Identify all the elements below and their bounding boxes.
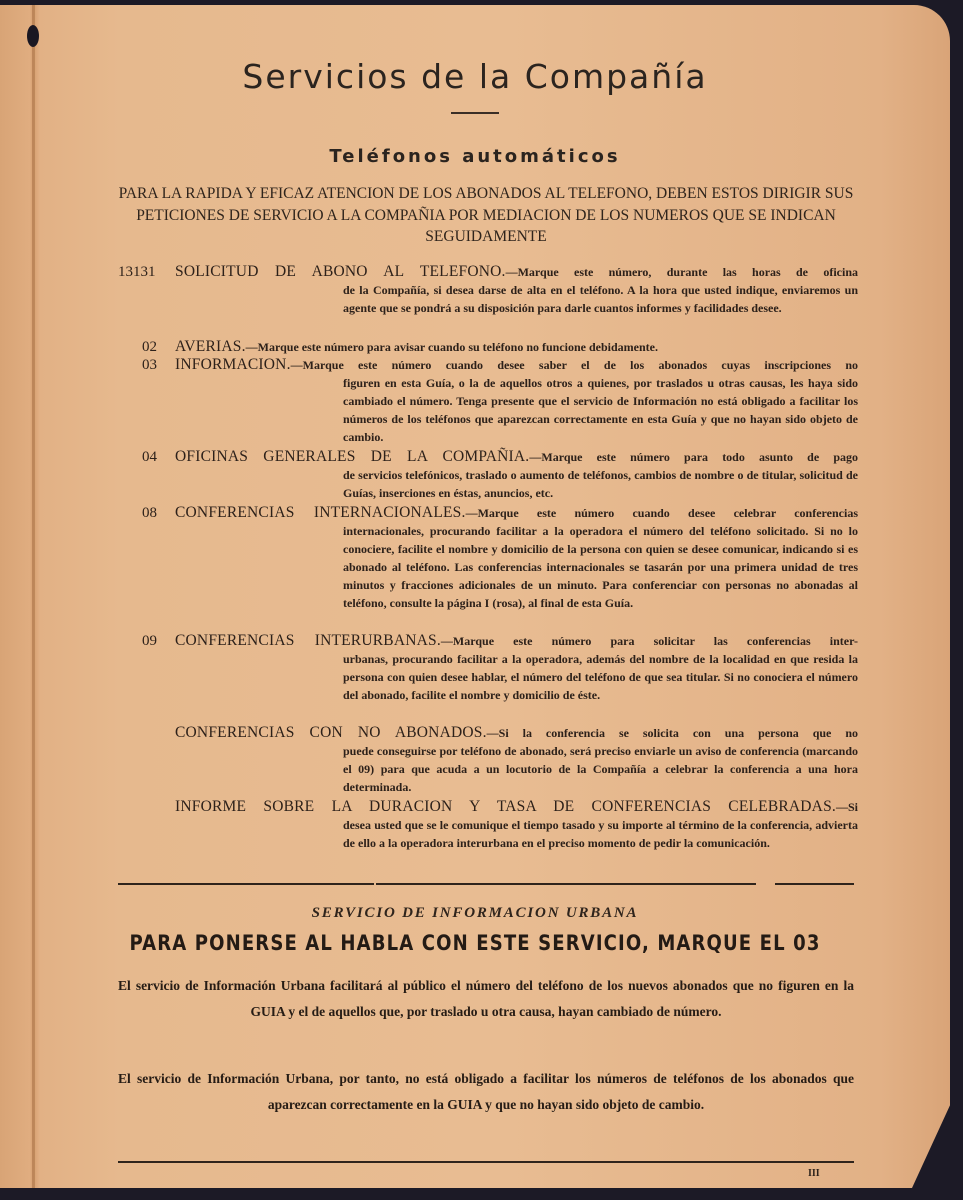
service-entry: 04 OFICINAS GENERALES DE LA COMPAÑIA.—Ma… [118,448,858,504]
service-number: 09 [142,632,157,650]
urban-info-paragraph: El servicio de Información Urbana facili… [118,973,854,1025]
service-entry: 02 AVERIAS.—Marque este número para avis… [118,338,858,356]
service-description-start: —Marque este número para solicitar las c… [441,634,858,648]
service-heading: OFICINAS GENERALES DE LA COMPAÑIA. [175,448,529,465]
service-entry-first-line: OFICINAS GENERALES DE LA COMPAÑIA.—Marqu… [118,448,858,466]
service-description: internacionales, procurando facilitar a … [118,522,858,612]
urban-info-paragraph: El servicio de Información Urbana, por t… [118,1066,854,1118]
service-number: 04 [142,448,157,466]
service-description: de la Compañía, si desea darse de alta e… [118,281,858,317]
service-entry-first-line: CONFERENCIAS CON NO ABONADOS.—Si la conf… [118,724,858,742]
service-entry: 08 CONFERENCIAS INTERNACIONALES.—Marque … [118,504,858,632]
document-page: Servicios de la Compañía Teléfonos autom… [0,5,950,1188]
service-description: puede conseguirse por teléfono de abonad… [118,742,858,796]
section-divider [775,883,854,885]
service-description: de servicios telefónicos, traslado o aum… [118,466,858,502]
service-number: 08 [142,504,157,522]
service-description-start: —Si la conferencia se solicita con una p… [487,726,858,740]
service-heading: INFORMACION. [175,356,291,373]
section-divider [376,883,756,885]
service-entry-first-line: AVERIAS.—Marque este número para avisar … [118,338,858,356]
service-number: 13131 [118,263,156,281]
urban-info-kicker: SERVICIO DE INFORMACION URBANA [0,905,950,922]
service-entry-first-line: CONFERENCIAS INTERURBANAS.—Marque este n… [118,632,858,650]
title-divider [451,112,499,114]
service-entry-first-line: CONFERENCIAS INTERNACIONALES.—Marque est… [118,504,858,522]
service-heading: AVERIAS. [175,338,246,355]
page-title: Servicios de la Compañía [0,57,950,96]
service-entry: 09 CONFERENCIAS INTERURBANAS.—Marque est… [118,632,858,724]
service-entry: 03 INFORMACION.—Marque este número cuand… [118,356,858,448]
service-description: figuren en esta Guía, o la de aquellos o… [118,374,858,446]
service-number: 02 [142,338,157,356]
service-heading: CONFERENCIAS INTERURBANAS. [175,632,441,649]
punch-hole-mark [27,25,39,47]
service-heading: CONFERENCIAS CON NO ABONADOS. [175,724,487,741]
service-number-list: 13131 SOLICITUD DE ABONO AL TELEFONO.—Ma… [118,263,858,872]
service-heading: CONFERENCIAS INTERNACIONALES. [175,504,466,521]
service-description-start: —Marque este número, durante las horas d… [506,265,858,279]
service-entry: CONFERENCIAS CON NO ABONADOS.—Si la conf… [118,724,858,798]
service-description-start: —Marque este número cuando desee saber e… [291,358,858,372]
service-entry-first-line: INFORME SOBRE LA DURACION Y TASA DE CONF… [118,798,858,816]
service-description-start: —Si [836,800,858,814]
service-description-start: —Marque este número cuando desee celebra… [466,506,858,520]
service-description-start: —Marque este número para todo asunto de … [529,450,858,464]
intro-paragraph: PARA LA RAPIDA Y EFICAZ ATENCION DE LOS … [112,183,860,248]
service-description-start: —Marque este número para avisar cuando s… [246,340,658,354]
service-description: desea usted que se le comunique el tiemp… [118,816,858,852]
service-entry-first-line: SOLICITUD DE ABONO AL TELEFONO.—Marque e… [118,263,858,281]
service-number: 03 [142,356,157,374]
binding-crease [32,5,35,1188]
urban-info-headline: PARA PONERSE AL HABLA CON ESTE SERVICIO,… [67,931,884,955]
service-entry: 13131 SOLICITUD DE ABONO AL TELEFONO.—Ma… [118,263,858,338]
service-entry-first-line: INFORMACION.—Marque este número cuando d… [118,356,858,374]
service-heading: SOLICITUD DE ABONO AL TELEFONO. [175,263,506,280]
service-entry: INFORME SOBRE LA DURACION Y TASA DE CONF… [118,798,858,872]
section-divider [118,883,374,885]
service-heading: INFORME SOBRE LA DURACION Y TASA DE CONF… [175,798,836,815]
bottom-divider [118,1161,854,1163]
service-description: urbanas, procurando facilitar a la opera… [118,650,858,704]
section-subtitle: Teléfonos automáticos [0,146,950,167]
page-number: III [808,1168,820,1179]
